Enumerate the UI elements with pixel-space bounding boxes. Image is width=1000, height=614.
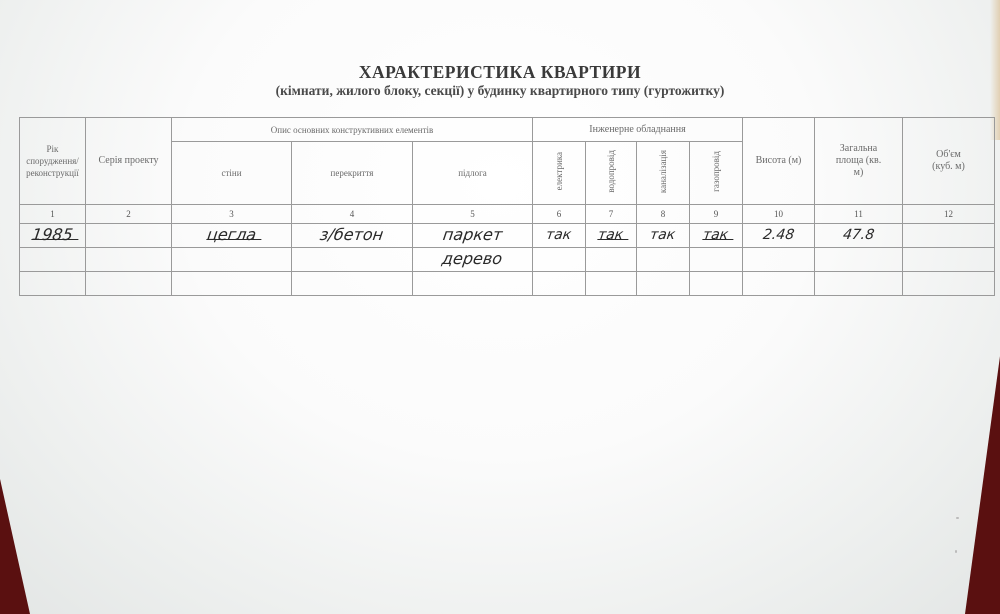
handwritten-year: 1985	[31, 229, 73, 241]
header-construction-group: Опис основних конструктивних елементів	[172, 118, 533, 142]
header-engineering-group: Інженерне обладнання	[533, 118, 743, 142]
cell-area	[815, 272, 903, 296]
cell-sewer: так	[637, 224, 690, 248]
handwritten-height: 2.48	[762, 229, 795, 241]
header-water-label: водопровід	[606, 150, 616, 193]
header-area: Загальна площа (кв. м)	[815, 118, 903, 205]
header-row-group: Рік спорудження/ реконструкції Серія про…	[20, 118, 995, 142]
header-electric: електрика	[533, 142, 586, 205]
header-sewer: каналізація	[637, 142, 690, 205]
header-height: Висота (м)	[743, 118, 815, 205]
paper-speck	[956, 517, 959, 519]
cell-volume	[903, 272, 995, 296]
table-row: дерево	[20, 248, 995, 272]
table-row: 1985 цегла з/бетон паркет так так так та…	[20, 224, 995, 248]
header-volume: Об'єм (куб. м)	[903, 118, 995, 205]
handwritten-area: 47.8	[842, 229, 875, 241]
cell-water: так	[586, 224, 637, 248]
cell-sewer	[637, 248, 690, 272]
cell-series	[86, 224, 172, 248]
col-num: 2	[86, 205, 172, 224]
paper-speck	[955, 550, 957, 553]
col-num: 11	[815, 205, 903, 224]
handwritten-electric: так	[546, 229, 573, 241]
col-num: 3	[172, 205, 292, 224]
header-ceiling: перекриття	[292, 142, 413, 205]
cell-electric	[533, 272, 586, 296]
col-num: 8	[637, 205, 690, 224]
cell-floor: дерево	[413, 248, 533, 272]
cell-floor: паркет	[413, 224, 533, 248]
col-num: 6	[533, 205, 586, 224]
cell-floor	[413, 272, 533, 296]
cell-height	[743, 248, 815, 272]
col-num: 5	[413, 205, 533, 224]
cell-walls	[172, 248, 292, 272]
col-num: 4	[292, 205, 413, 224]
apartment-characteristics-table: Рік спорудження/ реконструкції Серія про…	[19, 117, 995, 296]
header-year: Рік спорудження/ реконструкції	[20, 118, 86, 205]
cell-height	[743, 272, 815, 296]
document-subtitle: (кімнати, жилого блоку, секції) у будинк…	[0, 83, 1000, 99]
handwritten-floor-2: дерево	[442, 253, 504, 265]
cell-height: 2.48	[743, 224, 815, 248]
cell-year	[20, 248, 86, 272]
cell-year	[20, 272, 86, 296]
handwritten-floor: паркет	[442, 229, 503, 241]
cell-water	[586, 272, 637, 296]
header-gas: газопровід	[690, 142, 743, 205]
handwritten-walls: цегла	[206, 229, 257, 241]
handwritten-sewer: так	[650, 229, 677, 241]
col-num: 12	[903, 205, 995, 224]
cell-sewer	[637, 272, 690, 296]
header-walls: стіни	[172, 142, 292, 205]
col-num: 1	[20, 205, 86, 224]
col-num: 7	[586, 205, 637, 224]
cell-series	[86, 272, 172, 296]
cell-gas: так	[690, 224, 743, 248]
col-num: 10	[743, 205, 815, 224]
header-gas-label: газопровід	[711, 151, 721, 192]
cell-electric: так	[533, 224, 586, 248]
cell-water	[586, 248, 637, 272]
column-number-row: 1 2 3 4 5 6 7 8 9 10 11 12	[20, 205, 995, 224]
cell-ceiling	[292, 248, 413, 272]
cell-gas	[690, 272, 743, 296]
cell-volume	[903, 248, 995, 272]
header-floor: підлога	[413, 142, 533, 205]
handwritten-ceiling: з/бетон	[320, 229, 385, 241]
handwritten-water: так	[598, 229, 625, 241]
col-num: 9	[690, 205, 743, 224]
header-sewer-label: каналізація	[658, 150, 668, 193]
cell-area: 47.8	[815, 224, 903, 248]
cell-gas	[690, 248, 743, 272]
handwritten-gas: так	[703, 229, 730, 241]
cell-ceiling	[292, 272, 413, 296]
cell-year: 1985	[20, 224, 86, 248]
header-electric-label: електрика	[554, 152, 564, 190]
cell-series	[86, 248, 172, 272]
cell-electric	[533, 248, 586, 272]
cell-area	[815, 248, 903, 272]
document-title: ХАРАКТЕРИСТИКА КВАРТИРИ	[0, 62, 1000, 83]
cell-walls	[172, 272, 292, 296]
header-water: водопровід	[586, 142, 637, 205]
header-series: Серія проекту	[86, 118, 172, 205]
cell-walls: цегла	[172, 224, 292, 248]
cell-ceiling: з/бетон	[292, 224, 413, 248]
table-row	[20, 272, 995, 296]
cell-volume	[903, 224, 995, 248]
